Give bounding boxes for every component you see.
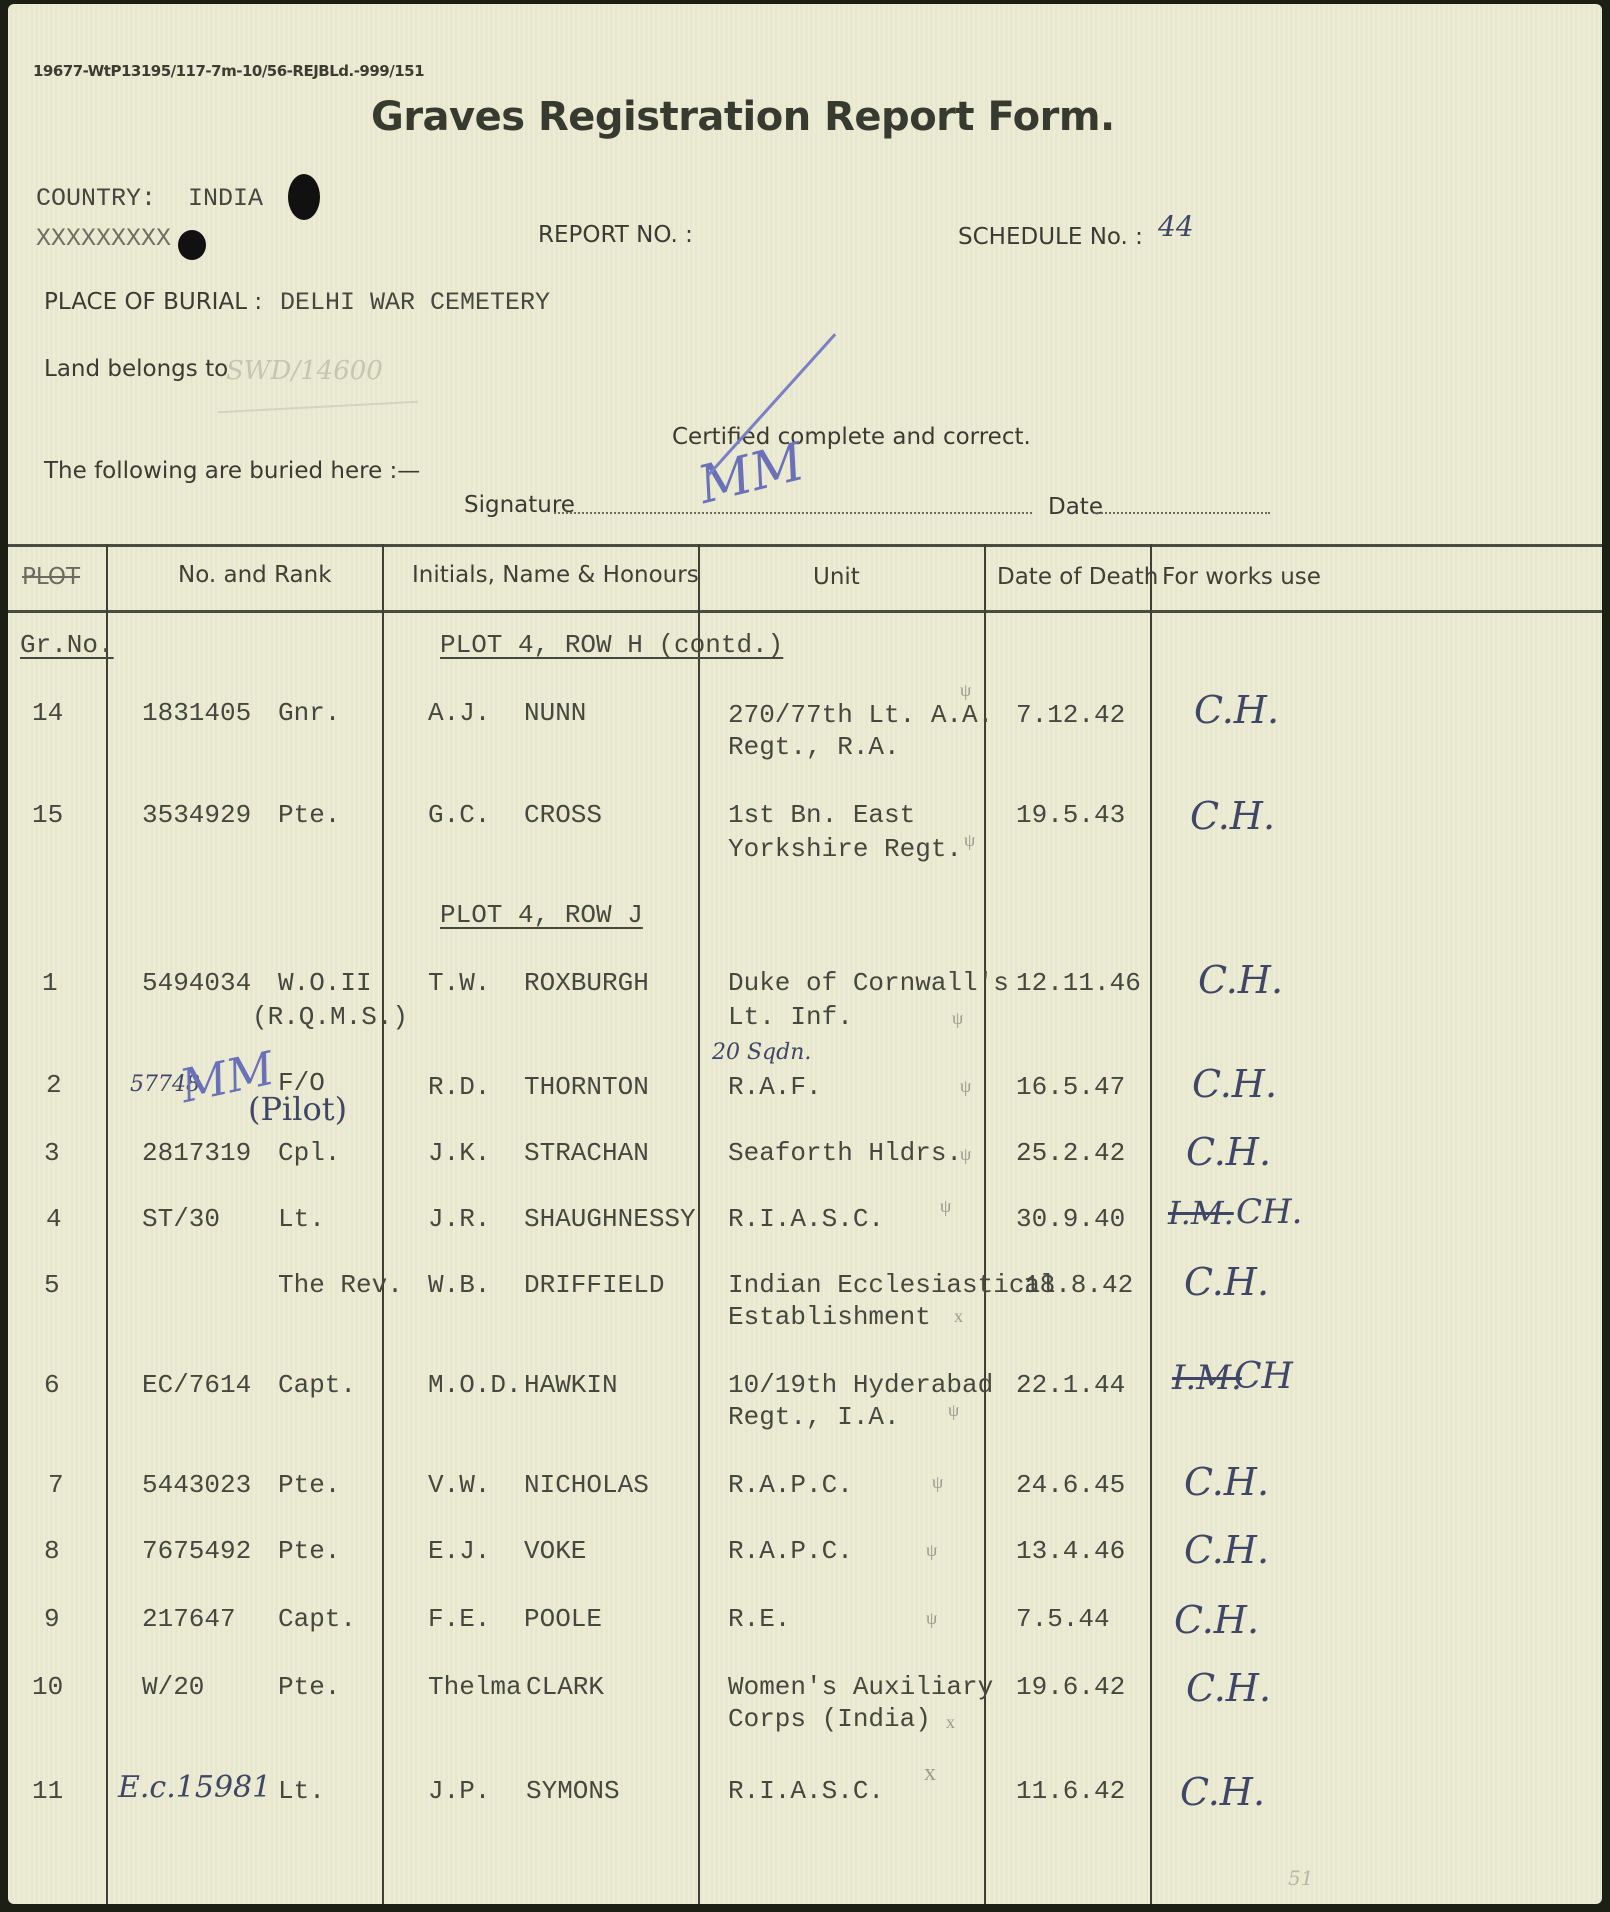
table-header-rule	[8, 610, 1602, 613]
initials: F.E.	[428, 1604, 490, 1634]
rank: The Rev.	[278, 1270, 403, 1300]
works-use: C.H.	[1174, 1598, 1259, 1642]
surname: NICHOLAS	[524, 1470, 649, 1500]
service-number: 3534929	[142, 800, 251, 830]
rank-line-2: (Pilot)	[248, 1090, 347, 1128]
surname: THORNTON	[524, 1072, 649, 1102]
date-of-death: 22.1.44	[1016, 1370, 1125, 1400]
works-use: CH.	[1236, 1192, 1302, 1232]
check-mark-icon: ψ	[960, 680, 971, 701]
initials: W.B.	[428, 1270, 490, 1300]
report-no-label: REPORT NO. :	[538, 222, 693, 248]
date-of-death: 12.11.46	[1016, 968, 1141, 998]
unit: Seaforth Hldrs.	[728, 1138, 962, 1168]
initials: Thelma	[428, 1672, 522, 1702]
works-use: C.H.	[1184, 1528, 1269, 1572]
works-use: C.H.	[1184, 1460, 1269, 1504]
page-mark: 51	[1288, 1866, 1313, 1890]
check-mark-icon: ψ	[952, 1008, 963, 1029]
date-of-death: 30.9.40	[1016, 1204, 1125, 1234]
column-divider	[382, 544, 384, 1904]
rank: Pte.	[278, 800, 340, 830]
schedule-label: SCHEDULE No. :	[958, 224, 1143, 250]
signature-label: Signature	[464, 492, 575, 518]
works-use: C.H.	[1186, 1666, 1271, 1710]
unit: Duke of Cornwall's	[728, 968, 1009, 998]
unit: R.I.A.S.C.	[728, 1776, 884, 1806]
unit: R.I.A.S.C.	[728, 1204, 884, 1234]
struck-label: XXXXXXXXX	[36, 224, 171, 253]
surname: DRIFFIELD	[524, 1270, 664, 1300]
service-number: E.c.15981	[118, 1770, 271, 1805]
unit: Women's Auxiliary	[728, 1672, 993, 1702]
rank-line-2: (R.Q.M.S.)	[252, 1002, 408, 1032]
date-of-death: 16.5.47	[1016, 1072, 1125, 1102]
rank: Gnr.	[278, 698, 340, 728]
check-mark-icon: x	[946, 1712, 955, 1733]
unit: Indian Ecclesiastical	[728, 1270, 1056, 1300]
works-use: C.H.	[1192, 1062, 1277, 1106]
date-of-death: 18.8.42	[1024, 1270, 1133, 1300]
unit: R.E.	[728, 1604, 790, 1634]
grave-number: 8	[44, 1536, 60, 1566]
surname: SYMONS	[526, 1776, 620, 1806]
check-mark-icon: ψ	[960, 1076, 971, 1097]
works-use: C.H.	[1198, 958, 1283, 1002]
service-number: 217647	[142, 1604, 236, 1634]
header-gr-no: Gr.No.	[20, 630, 114, 660]
check-mark-icon: ψ	[940, 1196, 951, 1217]
grave-number: 11	[32, 1776, 63, 1806]
land-belongs-label: Land belongs to	[44, 356, 228, 382]
check-mark-icon: ψ	[964, 830, 975, 851]
form-title: Graves Registration Report Form.	[371, 94, 1115, 140]
pencil-line	[218, 401, 418, 413]
check-mark-icon: x	[924, 1760, 936, 1787]
schedule-value: 44	[1158, 210, 1194, 243]
certified-label: Certified complete and correct.	[672, 424, 1031, 450]
unit-line-2: Yorkshire Regt.	[728, 834, 962, 864]
check-mark-icon: ψ	[948, 1400, 959, 1421]
rank: Lt.	[278, 1776, 325, 1806]
date-of-death: 19.6.42	[1016, 1672, 1125, 1702]
service-number: EC/7614	[142, 1370, 251, 1400]
works-use-struck: I.M.	[1172, 1358, 1242, 1398]
unit: R.A.P.C.	[728, 1536, 853, 1566]
unit-line-2: Regt., I.A.	[728, 1402, 900, 1432]
header-no-rank: No. and Rank	[178, 562, 332, 588]
check-mark-icon: x	[954, 1306, 963, 1327]
surname: POOLE	[524, 1604, 602, 1634]
initials: M.O.D.	[428, 1370, 522, 1400]
unit: 1st Bn. East	[728, 800, 915, 830]
grave-number: 15	[32, 800, 63, 830]
service-number: ST/30	[142, 1204, 220, 1234]
header-date-of-death: Date of Death	[997, 564, 1158, 590]
check-mark-icon: ψ	[926, 1608, 937, 1629]
unit-note: 20 Sqdn.	[712, 1040, 811, 1065]
country-value: INDIA	[188, 184, 263, 213]
check-mark-icon: ψ	[926, 1540, 937, 1561]
works-use: C.H.	[1186, 1130, 1271, 1174]
grave-number: 9	[44, 1604, 60, 1634]
grave-number: 4	[46, 1204, 62, 1234]
initials: E.J.	[428, 1536, 490, 1566]
grave-number: 5	[44, 1270, 60, 1300]
rank: Pte.	[278, 1672, 340, 1702]
rank: Lt.	[278, 1204, 325, 1234]
place-of-burial-value: DELHI WAR CEMETERY	[280, 288, 550, 317]
unit-line-2: Lt. Inf.	[728, 1002, 853, 1032]
initials: A.J.	[428, 698, 490, 728]
service-number: 1831405	[142, 698, 251, 728]
column-divider	[698, 544, 700, 1904]
service-number: 7675492	[142, 1536, 251, 1566]
rank: W.O.II	[278, 968, 372, 998]
unit: 10/19th Hyderabad	[728, 1370, 993, 1400]
grave-number: 14	[32, 698, 63, 728]
column-divider	[106, 544, 108, 1904]
service-number: 2817319	[142, 1138, 251, 1168]
header-unit: Unit	[813, 564, 860, 590]
date-of-death: 13.4.46	[1016, 1536, 1125, 1566]
initials: V.W.	[428, 1470, 490, 1500]
grave-number: 10	[32, 1672, 63, 1702]
grave-number: 3	[44, 1138, 60, 1168]
works-use: C.H.	[1190, 794, 1275, 838]
surname: NUNN	[524, 698, 586, 728]
works-use: C.H.	[1180, 1770, 1265, 1814]
grave-number: 2	[46, 1070, 62, 1100]
initials: J.P.	[428, 1776, 490, 1806]
unit-line-2: Corps (India)	[728, 1704, 931, 1734]
initials: J.R.	[428, 1204, 490, 1234]
date-label: Date	[1048, 494, 1103, 520]
date-line[interactable]	[1094, 512, 1270, 514]
works-use: C.H.	[1194, 688, 1279, 732]
surname: VOKE	[524, 1536, 586, 1566]
header-name: Initials, Name & Honours	[412, 562, 699, 588]
rank: Cpl.	[278, 1138, 340, 1168]
surname: HAWKIN	[524, 1370, 618, 1400]
service-number: 5494034	[142, 968, 251, 998]
grave-number: 7	[48, 1470, 64, 1500]
section-plot-4-row-j: PLOT 4, ROW J	[440, 900, 643, 930]
header-works-use: For works use	[1162, 564, 1321, 590]
signature-line[interactable]	[554, 512, 1032, 514]
table-top-rule	[8, 544, 1602, 547]
unit: 270/77th Lt. A.A.	[728, 700, 993, 730]
date-of-death: 7.12.42	[1016, 700, 1125, 730]
graves-registration-form: 19677-WtP13195/117-7m-10/56-REJBLd.-999/…	[8, 4, 1602, 1904]
rank: Capt.	[278, 1604, 356, 1634]
check-mark-icon: ψ	[960, 1144, 971, 1165]
surname: ROXBURGH	[524, 968, 649, 998]
print-code: 19677-WtP13195/117-7m-10/56-REJBLd.-999/…	[33, 62, 424, 80]
service-number: 5443023	[142, 1470, 251, 1500]
service-number: W/20	[142, 1672, 204, 1702]
initials: R.D.	[428, 1072, 490, 1102]
works-use-struck: I.M.	[1168, 1194, 1234, 1232]
punch-hole-icon	[178, 230, 206, 260]
surname: SHAUGHNESSY	[524, 1204, 696, 1234]
check-mark-icon: ψ	[932, 1472, 943, 1493]
unit-line-2: Establishment	[728, 1302, 931, 1332]
land-belongs-value: SWD/14600	[226, 356, 383, 386]
initials: T.W.	[428, 968, 490, 998]
surname: CROSS	[524, 800, 602, 830]
works-use: CH	[1234, 1356, 1293, 1397]
date-of-death: 24.6.45	[1016, 1470, 1125, 1500]
column-divider	[1150, 544, 1152, 1904]
initials: G.C.	[428, 800, 490, 830]
unit: R.A.F.	[728, 1072, 822, 1102]
place-of-burial-label: PLACE OF BURIAL :	[44, 289, 262, 315]
header-plot-struck: PLOT	[22, 564, 80, 590]
surname: CLARK	[526, 1672, 604, 1702]
rank: Capt.	[278, 1370, 356, 1400]
works-use: C.H.	[1184, 1260, 1269, 1304]
punch-hole-icon	[288, 174, 320, 220]
rank: Pte.	[278, 1536, 340, 1566]
country-label: COUNTRY:	[36, 184, 156, 213]
date-of-death: 11.6.42	[1016, 1776, 1125, 1806]
section-plot-4-row-h: PLOT 4, ROW H (contd.)	[440, 630, 783, 660]
unit: R.A.P.C.	[728, 1470, 853, 1500]
date-of-death: 25.2.42	[1016, 1138, 1125, 1168]
initials: J.K.	[428, 1138, 490, 1168]
rank: Pte.	[278, 1470, 340, 1500]
grave-number: 6	[44, 1370, 60, 1400]
date-of-death: 19.5.43	[1016, 800, 1125, 830]
surname: STRACHAN	[524, 1138, 649, 1168]
grave-number: 1	[42, 968, 58, 998]
date-of-death: 7.5.44	[1016, 1604, 1110, 1634]
unit-line-2: Regt., R.A.	[728, 732, 900, 762]
buried-here-label: The following are buried here :—	[44, 458, 420, 484]
